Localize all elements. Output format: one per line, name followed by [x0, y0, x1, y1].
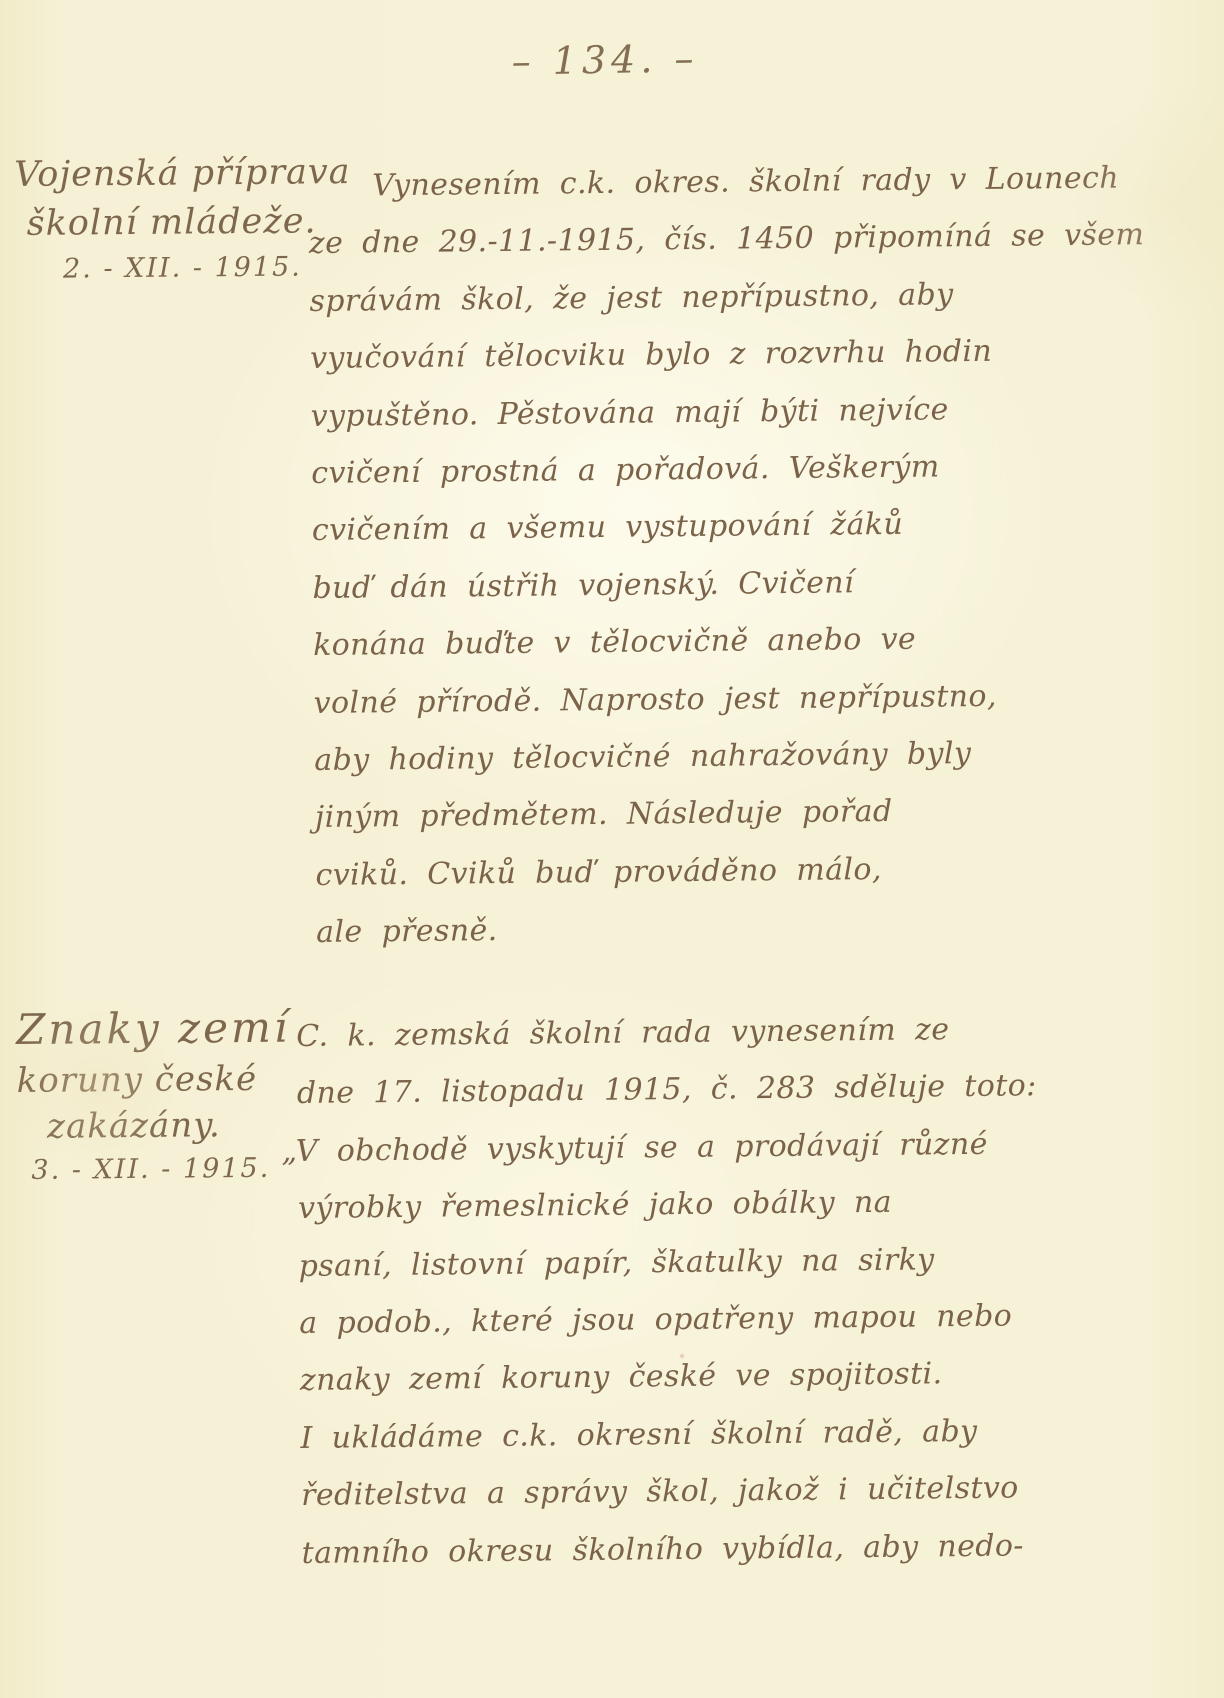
manuscript-line: psaní, listovní papír, škatulky na sirky — [298, 1230, 1038, 1295]
margin-note-title-line: zakázány. — [17, 1102, 291, 1150]
manuscript-line: aby hodiny tělocvičné nahražovány byly — [314, 723, 1150, 789]
manuscript-line: správám škol, že jest nepřípustno, aby — [309, 264, 1145, 330]
margin-note-military-training: Vojenská příprava školní mládeže. 2. - X… — [14, 147, 352, 292]
entry-emblems-banned: C. k. zemská školní rada vynesením ze dn… — [296, 1000, 1042, 1582]
manuscript-line: C. k. zemská školní rada vynesením ze — [296, 1000, 1036, 1065]
manuscript-line: tamního okresu školního vybídla, aby ned… — [301, 1517, 1041, 1582]
page-number: – 134. – — [450, 35, 761, 84]
margin-note-emblems-banned: Znaky zemí koruny české zakázány. 3. - X… — [16, 1000, 292, 1192]
margin-note-title-line: Vojenská příprava — [14, 147, 351, 200]
manuscript-line: jiným předmětem. Následuje pořad — [315, 781, 1151, 847]
manuscript-line: vypuštěno. Pěstována mají býti nejvíce — [310, 379, 1146, 445]
manuscript-line: výrobky řemeslnické jako obálky na — [298, 1172, 1038, 1237]
manuscript-line: dne 17. listopadu 1915, č. 283 sděluje t… — [297, 1058, 1037, 1123]
margin-note-title-line: koruny české — [16, 1056, 290, 1104]
margin-note-title-line: školní mládeže. — [14, 197, 351, 248]
margin-note-title-line: Znaky zemí — [16, 1000, 291, 1058]
manuscript-line: Vynesením c.k. okres. školní rady v Loun… — [308, 149, 1144, 215]
manuscript-line: cvičení prostná a pořadová. Veškerým — [311, 436, 1147, 502]
manuscript-line: ze dne 29.-11.-1915, čís. 1450 připomíná… — [309, 207, 1145, 273]
chronicle-page: – 134. – Vojenská příprava školní mládež… — [0, 0, 1224, 1698]
entry-military-training: Vynesením c.k. okres. školní rady v Loun… — [308, 149, 1152, 961]
manuscript-line: znaky zemí koruny české ve spojitosti. — [300, 1345, 1040, 1410]
manuscript-line: vyučování tělocviku bylo z rozvrhu hodin — [310, 321, 1146, 387]
manuscript-line: cviků. Cviků buď prováděno málo, — [315, 838, 1151, 904]
manuscript-line: ale přesně. — [316, 895, 1152, 961]
margin-note-date: 2. - XII. - 1915. — [15, 245, 352, 292]
manuscript-line: buď dán ústřih vojenský. Cvičení — [312, 551, 1148, 617]
manuscript-line: „V obchodě vyskytují se a prodávají různ… — [281, 1115, 1037, 1180]
manuscript-line: volné přírodě. Naprosto jest nepřípustno… — [313, 666, 1149, 732]
manuscript-line: cvičením a všemu vystupování žáků — [312, 494, 1148, 560]
manuscript-line: konána buďte v tělocvičně anebo ve — [313, 608, 1149, 674]
manuscript-line: ředitelstva a správy škol, jakož i učite… — [301, 1459, 1041, 1524]
manuscript-line: I ukládáme c.k. okresní školní radě, aby — [300, 1402, 1040, 1467]
manuscript-line: a podob., které jsou opatřeny mapou nebo — [299, 1287, 1039, 1352]
margin-note-date: 3. - XII. - 1915. — [17, 1148, 291, 1192]
